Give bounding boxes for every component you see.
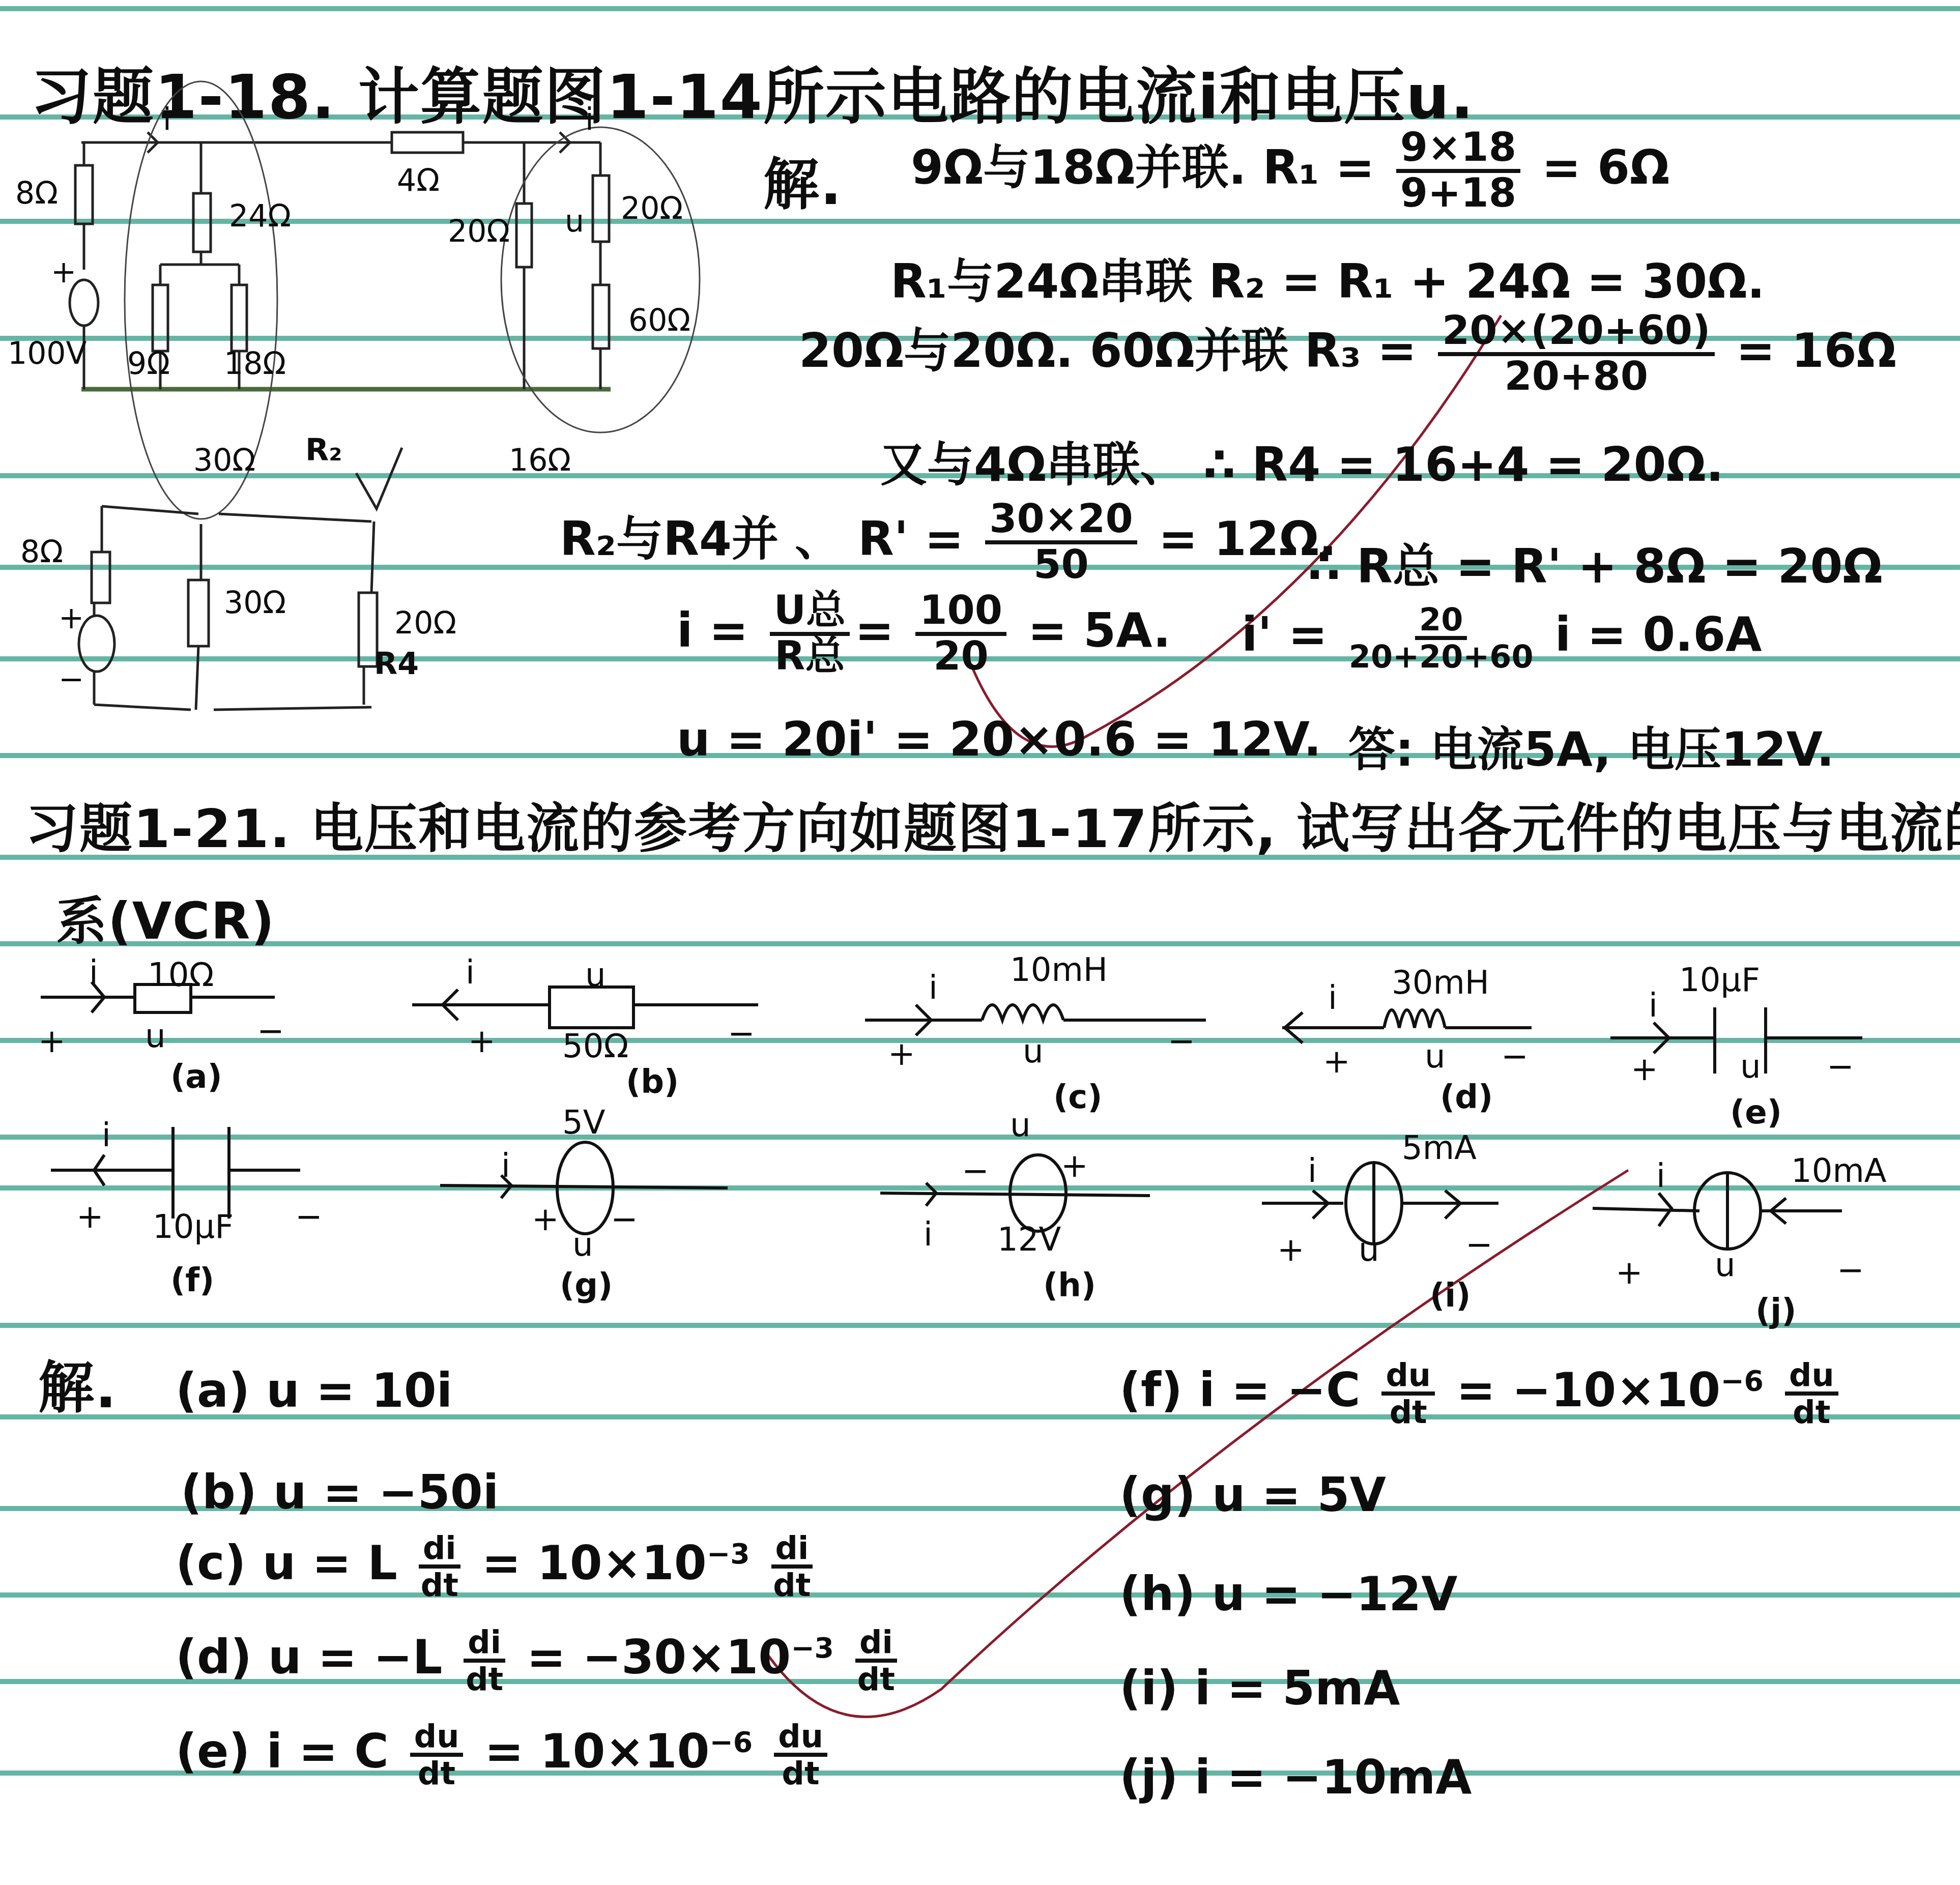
element-c-u: u — [1023, 1033, 1044, 1070]
label-8ohm: 8Ω — [15, 176, 58, 211]
solution-answer: 答: 电流5A, 电压12V. — [1348, 712, 1834, 779]
element-a-u: u — [145, 1018, 166, 1055]
element-d-plus: + — [1323, 1043, 1350, 1081]
element-a-plus: + — [38, 1023, 66, 1060]
solution-j: (j) i = −10mA — [1119, 1750, 1472, 1805]
fraction-r1: 9×189+18 — [1396, 127, 1520, 215]
element-e-minus: − — [1827, 1048, 1854, 1086]
element-j-plus: + — [1616, 1254, 1643, 1292]
element-f-i: i — [102, 1117, 111, 1154]
solution-1-21-lead: 解. — [38, 1343, 118, 1424]
element-d-value: 30mH — [1392, 964, 1489, 1002]
element-i-value: 5mA — [1402, 1129, 1477, 1167]
solution-a: (a) u = 10i — [176, 1364, 452, 1418]
reduced-label-r4: R4 — [374, 646, 419, 682]
label-plus: + — [51, 254, 76, 290]
element-g-u: u — [572, 1226, 593, 1264]
fraction-u-over-r: U总R总 — [770, 590, 850, 678]
solution-e: (e) i = C dudt = 10×10−6 dudt — [176, 1720, 832, 1790]
element-a-value: 10Ω — [148, 956, 214, 994]
solution-step-5: R₂与R4并 、 R' = 30×2050 = 12Ω. — [560, 499, 1337, 586]
label-i-prime: i' — [585, 102, 602, 137]
element-g-value: 5V — [562, 1104, 606, 1142]
fraction-r3: 20×(20+60)20+80 — [1438, 310, 1715, 398]
label-group-16ohm: 16Ω — [509, 443, 571, 478]
element-b-plus: + — [468, 1023, 496, 1060]
element-i-u: u — [1359, 1231, 1379, 1269]
solution-d: (d) u = −L didt = −30×10−3 didt — [176, 1626, 902, 1696]
element-b-value: 50Ω — [562, 1028, 628, 1065]
fraction-di-dt: didt — [464, 1626, 505, 1696]
element-b-minus: − — [728, 1015, 755, 1053]
label-9ohm: 9Ω — [127, 346, 170, 382]
element-j-i: i — [1656, 1157, 1665, 1195]
element-a-i: i — [89, 954, 98, 992]
fraction-di-dt: didt — [419, 1531, 460, 1602]
solution-step-6: ∴ R总 = R' + 8Ω = 20Ω — [1308, 529, 1883, 596]
element-j-value: 10mA — [1791, 1152, 1887, 1190]
element-c-value: 10mH — [1010, 951, 1108, 989]
reduced-label-minus: − — [59, 661, 84, 697]
fraction-di-dt: didt — [771, 1531, 813, 1602]
element-j-u: u — [1715, 1246, 1736, 1284]
element-i-plus: + — [1277, 1231, 1305, 1269]
solution-h: (h) u = −12V — [1119, 1567, 1458, 1621]
label-18ohm: 18Ω — [224, 346, 286, 382]
element-g-i: i — [501, 1147, 510, 1185]
solution-step-2: R₁与24Ω串联 R₂ = R₁ + 24Ω = 30Ω. — [890, 244, 1765, 311]
element-h-plus: + — [1061, 1147, 1088, 1185]
element-f-minus: − — [295, 1198, 323, 1236]
element-b-i: i — [466, 954, 475, 992]
fraction-du-dt: dudt — [1785, 1358, 1838, 1429]
element-d-i: i — [1328, 979, 1337, 1017]
label-60ohm: 60Ω — [628, 303, 690, 338]
problem-1-21-title-cont: 系(VCR) — [56, 880, 275, 953]
solution-c: (c) u = L didt = 10×10−3 didt — [176, 1531, 818, 1602]
element-h-value: 12V — [997, 1221, 1061, 1259]
element-b-tag: (b) — [626, 1063, 679, 1101]
reduced-label-20ohm: 20Ω — [394, 605, 456, 641]
reduced-label-8ohm: 8Ω — [20, 534, 63, 570]
element-i-tag: (i) — [1430, 1277, 1471, 1315]
element-g-plus: + — [532, 1201, 559, 1238]
element-a-tag: (a) — [170, 1058, 222, 1096]
label-20ohm-a: 20Ω — [448, 214, 510, 249]
element-d-minus: − — [1501, 1038, 1529, 1076]
element-g-tag: (g) — [560, 1267, 613, 1304]
element-f-plus: + — [76, 1198, 104, 1236]
label-i: i — [163, 102, 171, 137]
label-u: u — [565, 204, 584, 239]
solution-step-9: u = 20i' = 20×0.6 = 12V. — [677, 712, 1321, 767]
element-c-plus: + — [888, 1035, 915, 1073]
reduced-label-30ohm: 30Ω — [224, 585, 286, 621]
label-group-30ohm: 30Ω — [193, 443, 255, 478]
solution-i: (i) i = 5mA — [1119, 1661, 1400, 1716]
element-h-u: u — [1010, 1107, 1031, 1144]
label-20ohm-b: 20Ω — [621, 191, 683, 226]
element-h-tag: (h) — [1043, 1267, 1096, 1304]
element-e-value: 10μF — [1679, 962, 1760, 999]
element-b-u: u — [585, 956, 606, 994]
element-c-minus: − — [1168, 1023, 1195, 1060]
element-e-tag: (e) — [1730, 1094, 1782, 1132]
solution-step-3: 20Ω与20Ω. 60Ω并联 R₃ = 20×(20+60)20+80 = 16… — [799, 310, 1896, 398]
fraction-100-over-20: 10020 — [915, 590, 1006, 678]
element-f-tag: (f) — [170, 1262, 214, 1299]
element-i-minus: − — [1465, 1226, 1493, 1264]
solution-step-8: i' = 2020+20+60 i = 0.6A — [1242, 603, 1762, 673]
fraction-du-dt: dudt — [1381, 1358, 1435, 1429]
element-i-i: i — [1308, 1152, 1317, 1190]
element-d-u: u — [1425, 1038, 1446, 1076]
element-j-tag: (j) — [1755, 1292, 1796, 1330]
element-a-minus: − — [257, 1012, 284, 1050]
fraction-du-dt: dudt — [774, 1720, 827, 1790]
solution-f: (f) i = −C dudt = −10×10−6 dudt — [1119, 1358, 1843, 1429]
problem-1-21-title: 习题1-21. 电压和电流的参考方向如题图1-17所示, 试写出各元件的电压与电… — [25, 786, 1960, 862]
element-c-i: i — [929, 969, 938, 1007]
solution-b: (b) u = −50i — [181, 1465, 499, 1520]
label-4ohm: 4Ω — [397, 163, 440, 198]
solution-lead: 解. — [763, 140, 843, 220]
label-24ohm: 24Ω — [229, 198, 291, 234]
fraction-current-divider: 2020+20+60 — [1349, 603, 1534, 673]
solution-step-7: i = U总R总= 10020 = 5A. — [677, 590, 1171, 678]
element-e-i: i — [1649, 987, 1658, 1025]
element-e-u: u — [1740, 1048, 1761, 1086]
element-f-value: 10μF — [153, 1208, 234, 1246]
solution-g: (g) u = 5V — [1119, 1468, 1386, 1522]
solution-step-4: 又与4Ω串联、 ∴ R4 = 16+4 = 20Ω. — [880, 427, 1724, 495]
element-e-plus: + — [1631, 1051, 1658, 1088]
element-g-minus: − — [611, 1201, 638, 1238]
label-source-100v: 100V — [8, 336, 87, 371]
element-h-minus: − — [962, 1152, 989, 1190]
fraction-du-dt: dudt — [410, 1720, 464, 1790]
label-group-r2: R₂ — [305, 432, 342, 468]
element-c-tag: (c) — [1053, 1079, 1102, 1116]
fraction-di-dt: didt — [855, 1626, 897, 1696]
solution-step-1: 9Ω与18Ω并联. R₁ = 9×189+18 = 6Ω — [911, 127, 1669, 215]
element-h-i: i — [924, 1216, 933, 1254]
reduced-label-plus: + — [59, 600, 84, 636]
fraction-r-prime: 30×2050 — [985, 499, 1137, 586]
element-d-tag: (d) — [1440, 1079, 1493, 1116]
element-j-minus: − — [1837, 1252, 1864, 1289]
